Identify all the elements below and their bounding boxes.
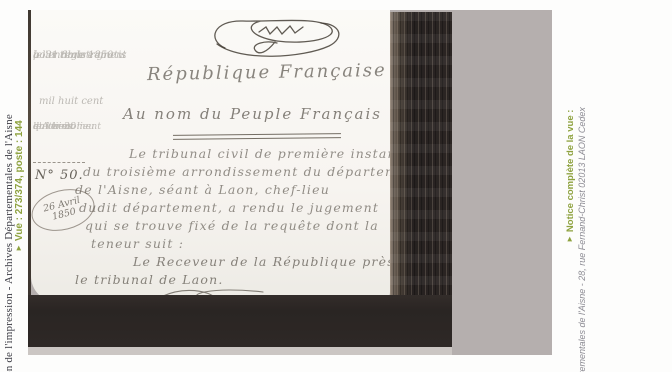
page-left-edge <box>28 10 31 302</box>
photo-bottom-dark-band <box>28 295 452 347</box>
dossier-number: N° 50. <box>35 168 84 183</box>
body-line: dudit département, a rendu le jugement <box>79 200 379 215</box>
body-line: de l'Aisne, séant à Laon, chef-lieu <box>75 182 330 197</box>
arrow-icon: ► <box>565 235 574 243</box>
body-line: teneur suit : <box>91 236 184 251</box>
archive-address-text: rtementales de l'Aisne - 28, rue Fernand… <box>577 107 587 372</box>
body-line: qui se trouve fixé de la requête dont la <box>85 218 379 233</box>
notice-link-label: Notice complète de la vue : <box>565 110 576 232</box>
manuscript-page: pour timbre gratis le 31 8bre 1850 à l'e… <box>31 10 390 302</box>
manuscript-subheading: Au nom du Peuple Français <box>123 105 382 123</box>
margin-note-block2: mil huit cent <box>39 96 103 107</box>
body-line: Le tribunal civil de première instance <box>129 146 390 161</box>
view-counter-link[interactable]: ►Vue : 273/374, poste : 144 <box>14 120 25 252</box>
arrow-icon: ► <box>14 244 23 252</box>
view-counter-label: Vue : 273/374, poste : 144 <box>14 120 25 241</box>
margin-note-line: à l'enregistrement <box>33 50 126 61</box>
notice-link[interactable]: ►Notice complète de la vue : <box>565 110 576 243</box>
scanned-document-photo: pour timbre gratis le 31 8bre 1850 à l'e… <box>28 10 552 355</box>
margin-note-line: le 1er 20 <box>33 122 76 133</box>
closing-line: Le Receveur de la République près <box>133 254 390 269</box>
margin-dash-rule <box>33 162 85 163</box>
archive-address-label: rtementales de l'Aisne - 28, rue Fernand… <box>577 107 587 372</box>
signature-paraph <box>203 12 353 64</box>
double-underline-rule <box>173 133 341 140</box>
manuscript-heading: République Française <box>147 60 387 85</box>
photo-bottom-light-strip <box>28 347 452 355</box>
body-line: du troisième arrondissement du départeme… <box>83 164 390 179</box>
